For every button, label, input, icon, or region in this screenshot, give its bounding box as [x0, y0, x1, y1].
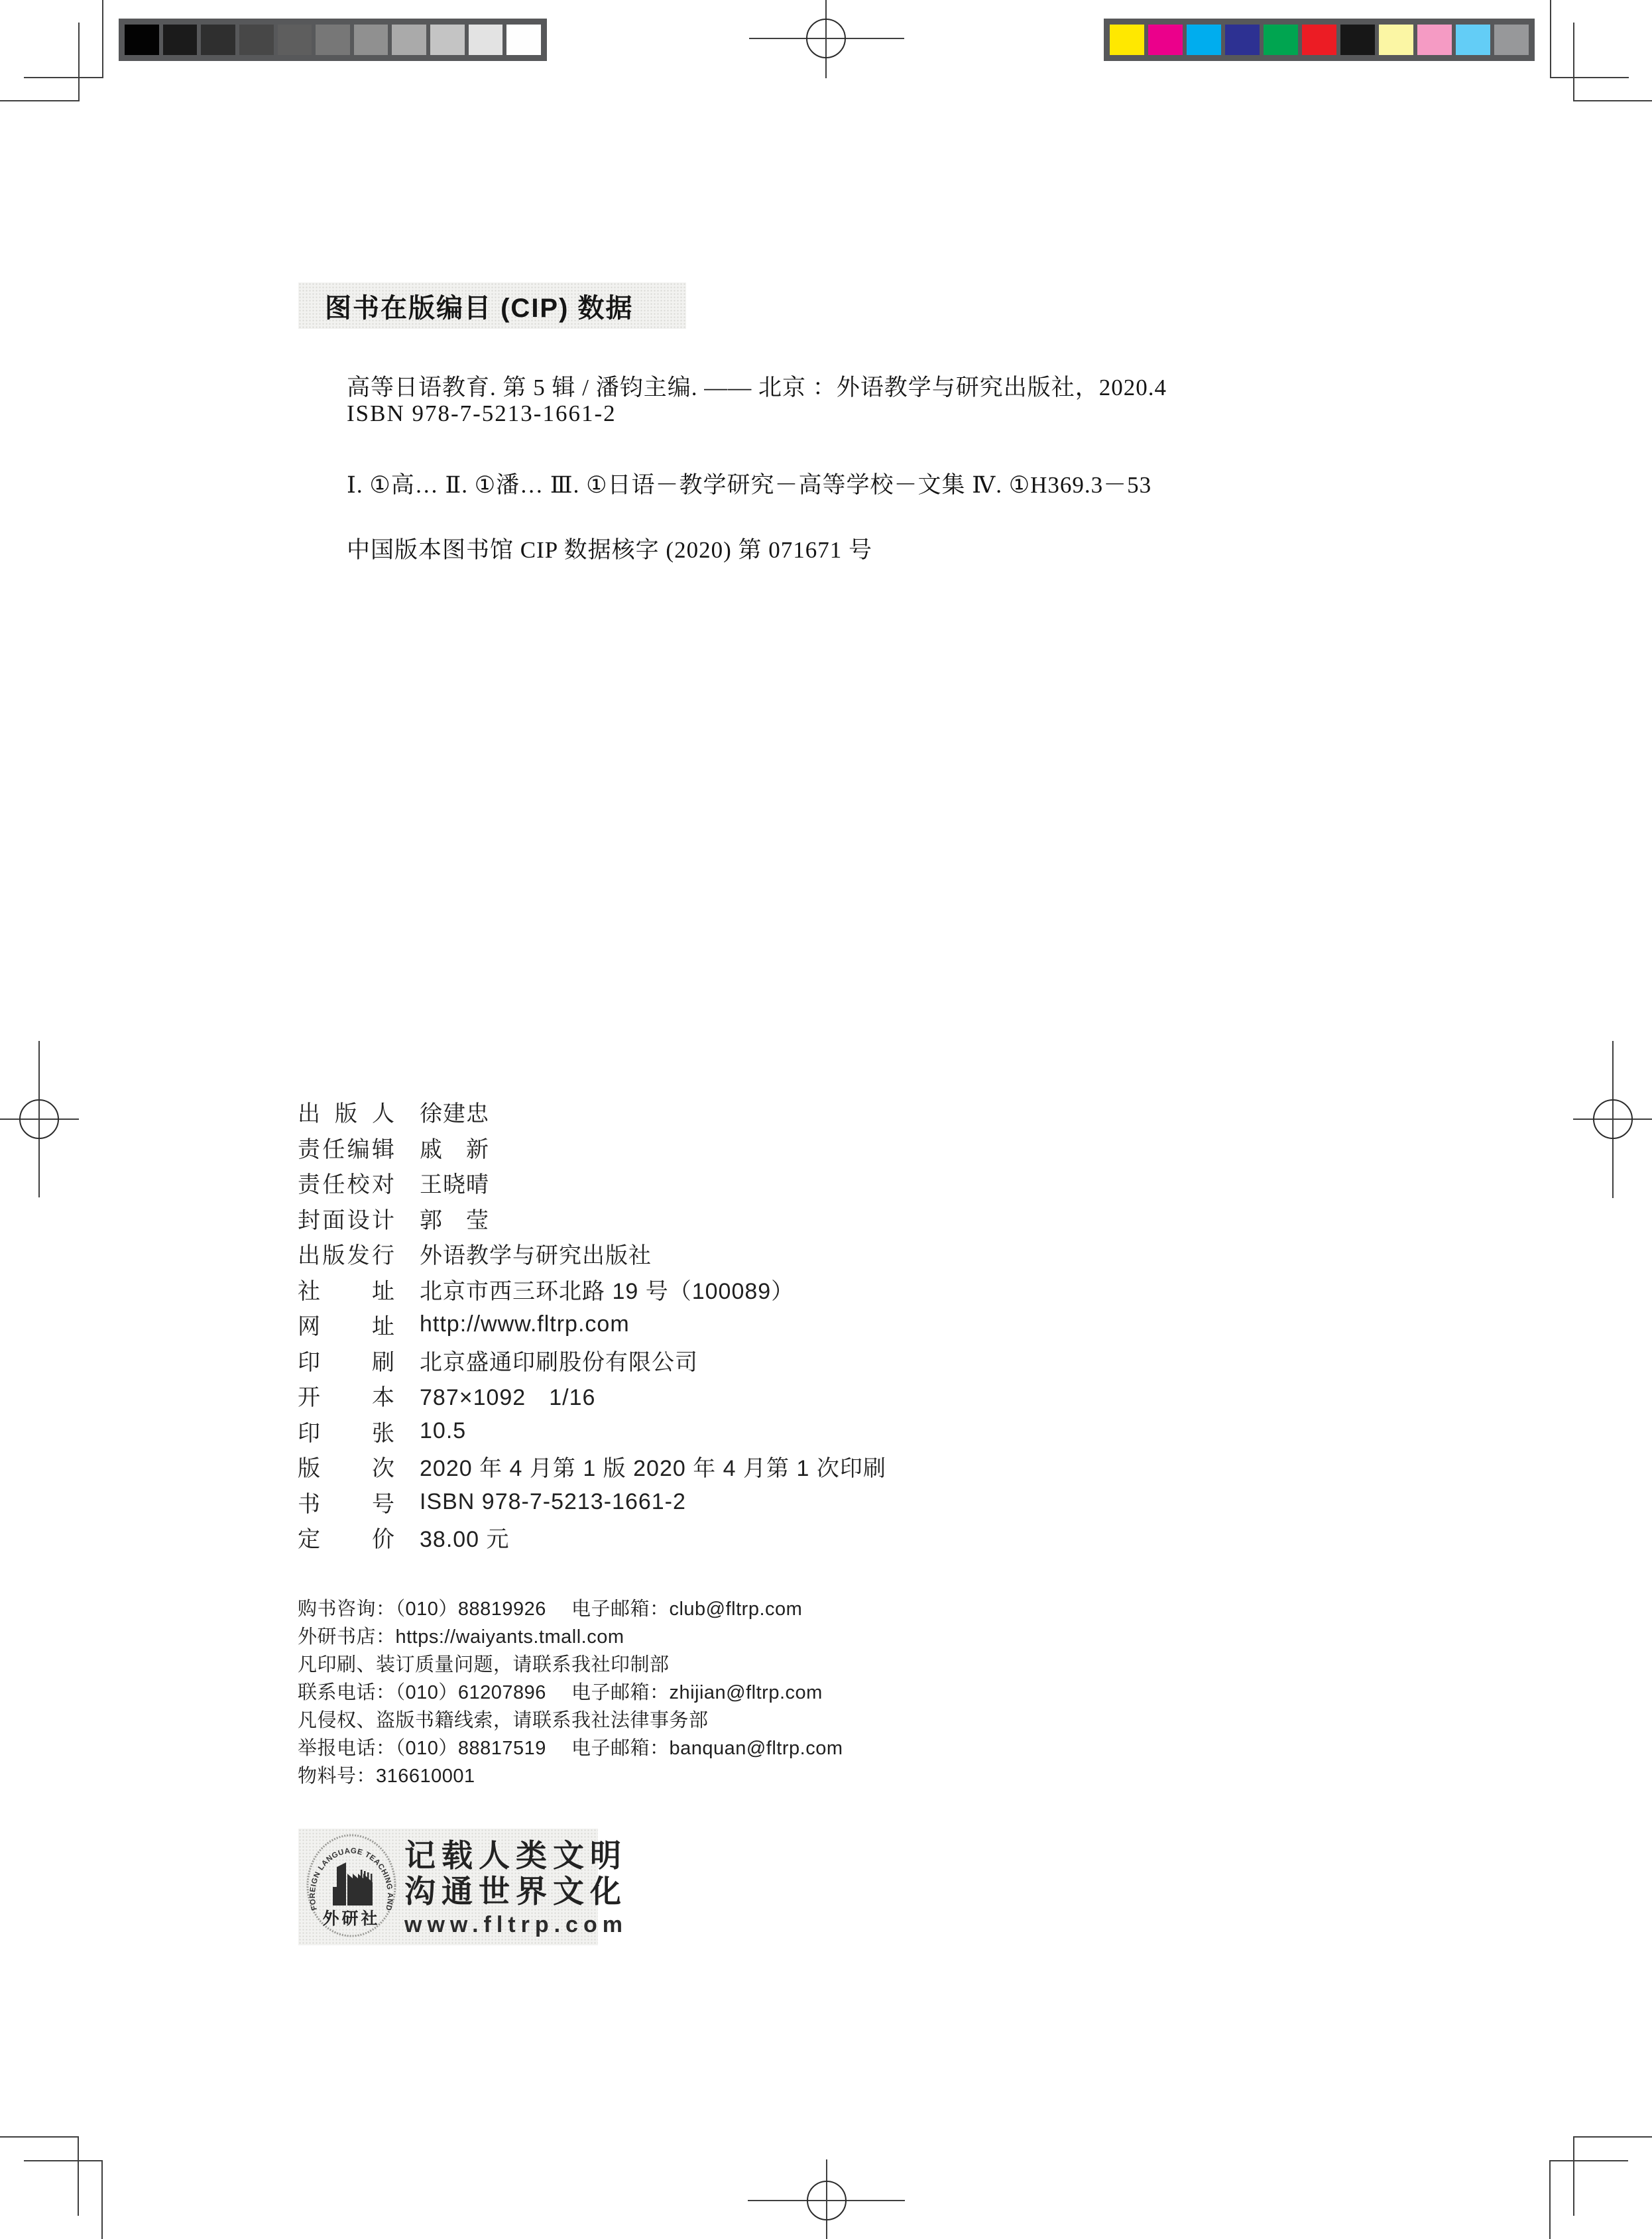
- info-row: 出版发行外语教学与研究出版社: [298, 1236, 886, 1272]
- info-value: 787×1092 1/16: [420, 1379, 595, 1412]
- calibration-swatch: [278, 25, 312, 55]
- info-row: 责任编辑戚 新: [298, 1130, 886, 1166]
- cip-record-line: 中国版本图书馆 CIP 数据核字 (2020) 第 071671 号: [347, 532, 872, 565]
- calibration-swatch: [1302, 25, 1336, 55]
- info-value: 10.5: [420, 1418, 466, 1444]
- info-row: 封面设计郭 莹: [298, 1201, 886, 1237]
- cip-title-line: 高等日语教育. 第 5 辑 / 潘钧主编. —— 北京 ：外语教学与研究出版社，…: [347, 369, 1167, 402]
- info-label: 书号: [298, 1486, 394, 1518]
- calibration-swatch: [1187, 25, 1221, 55]
- info-value: ISBN 978-7-5213-1661-2: [420, 1489, 686, 1515]
- grayscale-calibration-bar: [119, 19, 547, 61]
- calibration-swatch: [506, 25, 541, 55]
- cip-heading-band: 图书在版编目 (CIP) 数据: [298, 282, 686, 329]
- info-label: 责任校对: [298, 1166, 394, 1199]
- calibration-swatch: [1417, 25, 1452, 55]
- info-label: 定价: [298, 1521, 394, 1553]
- calibration-swatch: [392, 25, 426, 55]
- contact-line: 外研书店：https://waiyants.tmall.com: [298, 1623, 843, 1651]
- info-label: 出版人: [298, 1095, 394, 1128]
- publication-info-list: 出版人徐建忠责任编辑戚 新责任校对王晓晴封面设计郭 莹出版发行外语教学与研究出版…: [298, 1094, 886, 1555]
- cip-isbn-line: ISBN 978-7-5213-1661-2: [347, 400, 617, 427]
- calibration-swatch: [1379, 25, 1413, 55]
- calibration-swatch: [430, 25, 465, 55]
- color-calibration-bar: [1104, 19, 1535, 61]
- cip-classification-line: Ⅰ. ①高… Ⅱ. ①潘… Ⅲ. ①日语－教学研究－高等学校－文集 Ⅳ. ①H3…: [347, 467, 1151, 500]
- calibration-swatch: [1494, 25, 1529, 55]
- press-slogan-line-2: 沟通世界文化: [404, 1874, 628, 1909]
- contact-line: 凡印刷、装订质量问题，请联系我社印制部: [298, 1651, 843, 1679]
- calibration-swatch: [1225, 25, 1260, 55]
- info-row: 社址北京市西三环北路 19 号（100089）: [298, 1272, 886, 1307]
- info-row: 版次2020 年 4 月第 1 版 2020 年 4 月第 1 次印刷: [298, 1449, 886, 1484]
- info-label: 出版发行: [298, 1237, 394, 1270]
- contact-line: 举报电话：（010）88817519 电子邮箱：banquan@fltrp.co…: [298, 1734, 843, 1762]
- contact-line: 凡侵权、盗版书籍线索，请联系我社法律事务部: [298, 1707, 843, 1734]
- info-value: 王晓晴: [420, 1166, 489, 1199]
- info-value: 郭 莹: [420, 1202, 489, 1235]
- calibration-swatch: [354, 25, 388, 55]
- press-logo-block: FOREIGN LANGUAGE TEACHING AND RESEARCH P…: [298, 1829, 598, 1945]
- info-row: 出版人徐建忠: [298, 1094, 886, 1130]
- info-value: 外语教学与研究出版社: [420, 1237, 652, 1270]
- calibration-swatch: [316, 25, 350, 55]
- info-value: http://www.fltrp.com: [420, 1311, 630, 1337]
- cip-heading: 图书在版编目 (CIP) 数据: [298, 287, 634, 325]
- info-label: 印张: [298, 1415, 394, 1447]
- info-value: 戚 新: [420, 1131, 489, 1164]
- info-value: 北京盛通印刷股份有限公司: [420, 1344, 698, 1376]
- info-row: 开本787×1092 1/16: [298, 1378, 886, 1414]
- calibration-swatch: [239, 25, 274, 55]
- contact-line: 物料号：316610001: [298, 1762, 843, 1790]
- info-value: 38.00 元: [420, 1521, 510, 1553]
- calibration-swatch: [469, 25, 503, 55]
- press-building-icon: [333, 1862, 373, 1906]
- info-label: 印刷: [298, 1344, 394, 1376]
- press-seal-icon: FOREIGN LANGUAGE TEACHING AND RESEARCH P…: [302, 1831, 400, 1944]
- info-label: 版次: [298, 1450, 394, 1483]
- calibration-swatch: [1340, 25, 1375, 55]
- copyright-page: 图书在版编目 (CIP) 数据 高等日语教育. 第 5 辑 / 潘钧主编. ——…: [0, 0, 1652, 2239]
- info-label: 封面设计: [298, 1202, 394, 1235]
- info-row: 定价38.00 元: [298, 1520, 886, 1555]
- info-row: 责任校对王晓晴: [298, 1165, 886, 1201]
- info-value: 徐建忠: [420, 1095, 489, 1128]
- calibration-swatch: [163, 25, 198, 55]
- calibration-swatch: [1456, 25, 1490, 55]
- info-label: 网址: [298, 1308, 394, 1341]
- seal-name: 外研社: [322, 1909, 380, 1928]
- contact-line: 购书咨询：（010）88819926 电子邮箱：club@fltrp.com: [298, 1595, 843, 1623]
- info-label: 社址: [298, 1273, 394, 1305]
- info-value: 北京市西三环北路 19 号（100089）: [420, 1273, 794, 1305]
- info-label: 责任编辑: [298, 1131, 394, 1164]
- contact-line: 联系电话：（010）61207896 电子邮箱：zhijian@fltrp.co…: [298, 1679, 843, 1707]
- press-slogan-line-1: 记载人类文明: [404, 1838, 628, 1874]
- calibration-swatch: [1110, 25, 1144, 55]
- calibration-swatch: [125, 25, 159, 55]
- info-row: 印刷北京盛通印刷股份有限公司: [298, 1343, 886, 1378]
- press-website: www.fltrp.com: [404, 1912, 628, 1938]
- contact-info-list: 购书咨询：（010）88819926 电子邮箱：club@fltrp.com外研…: [298, 1595, 843, 1790]
- calibration-swatch: [1148, 25, 1183, 55]
- calibration-swatch: [1264, 25, 1298, 55]
- info-label: 开本: [298, 1379, 394, 1412]
- info-row: 印张10.5: [298, 1414, 886, 1449]
- info-value: 2020 年 4 月第 1 版 2020 年 4 月第 1 次印刷: [420, 1450, 886, 1483]
- info-row: 网址http://www.fltrp.com: [298, 1307, 886, 1343]
- calibration-swatch: [201, 25, 235, 55]
- info-row: 书号ISBN 978-7-5213-1661-2: [298, 1484, 886, 1520]
- press-seal-logo: FOREIGN LANGUAGE TEACHING AND RESEARCH P…: [302, 1831, 400, 1947]
